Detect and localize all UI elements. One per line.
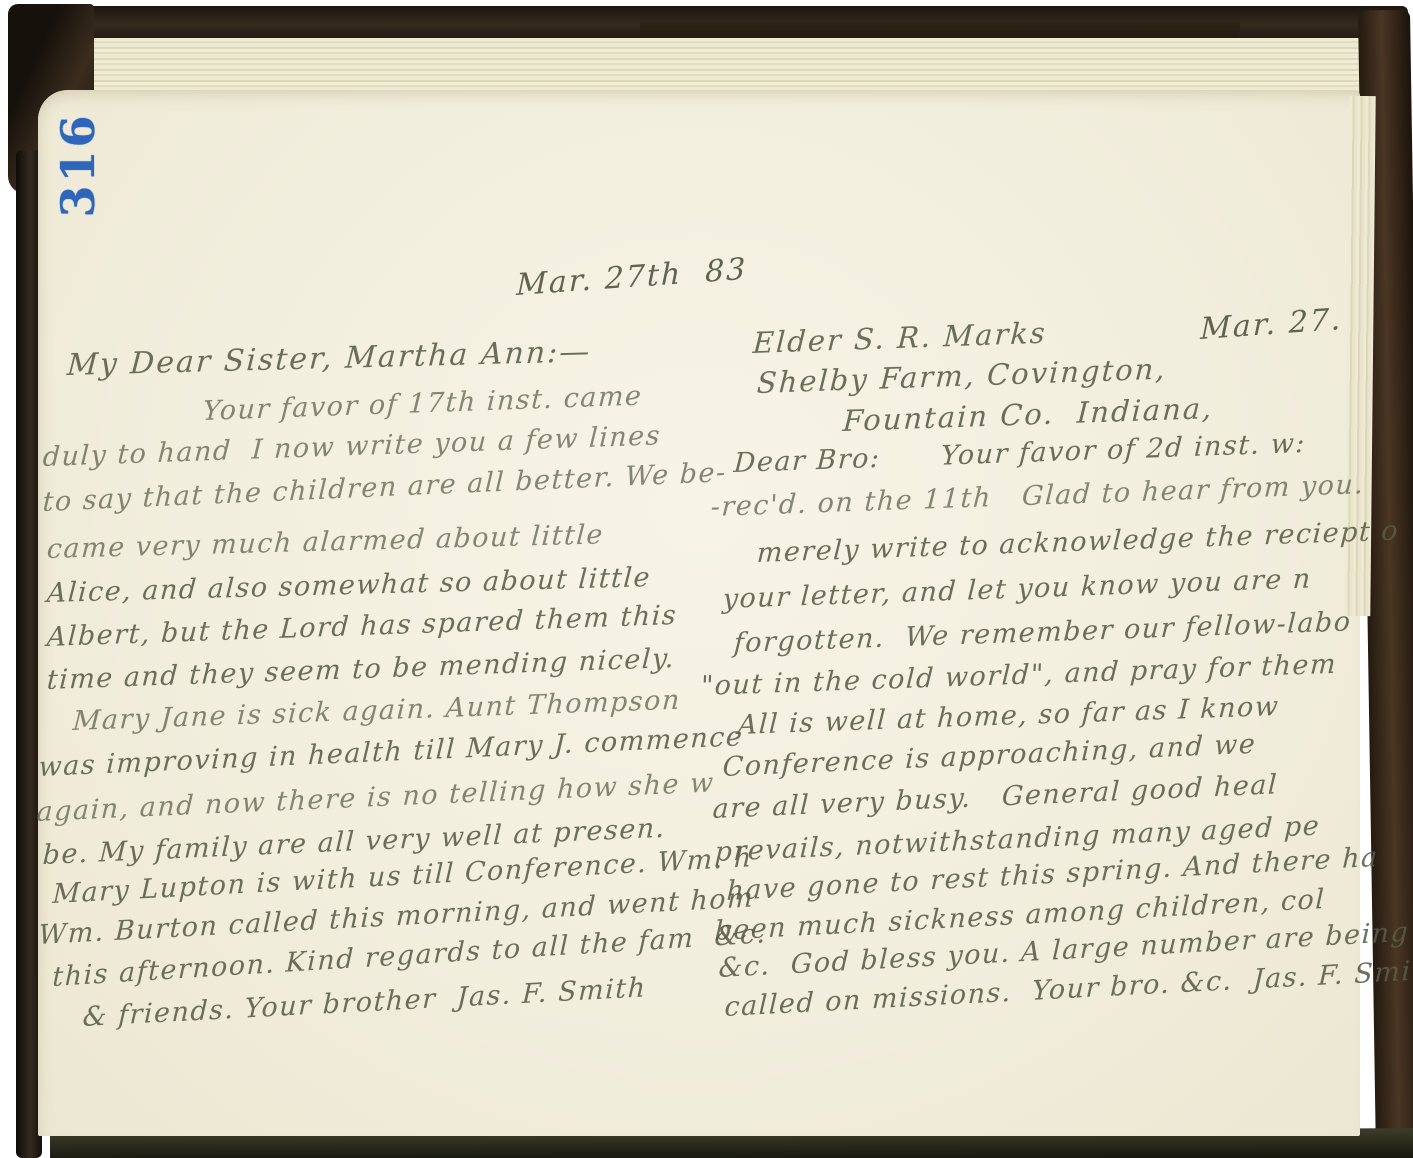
page-number-stamp: 316 (18, 105, 138, 225)
scanned-letterbook-page: { "colors": { "ink": "#585d47", "stamp":… (0, 0, 1413, 1158)
